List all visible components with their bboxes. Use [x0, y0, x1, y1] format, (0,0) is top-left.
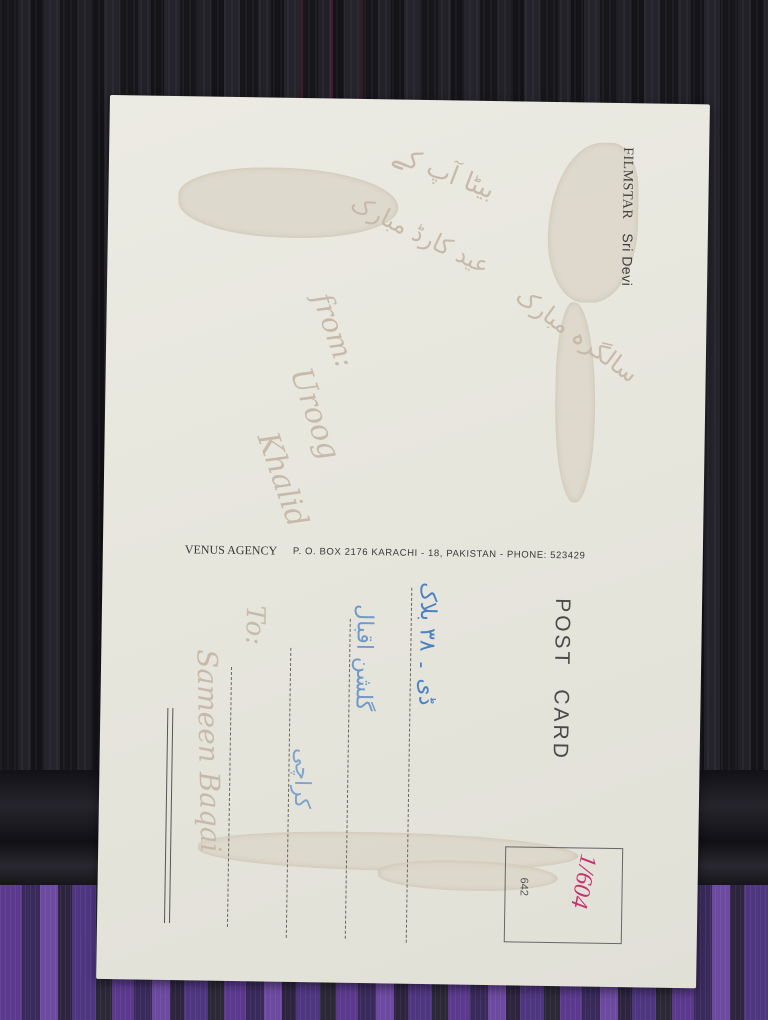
filmstar-caption: FILMSTARSri Devi — [617, 147, 637, 286]
post-card-title: POSTCARD — [548, 598, 575, 761]
title-post: POST — [550, 598, 574, 668]
address-line — [345, 619, 351, 939]
to-label: To: — [239, 605, 270, 645]
publisher-name: VENUS AGENCY — [185, 542, 278, 558]
from-label: from: — [306, 289, 362, 372]
sender-first-name: Uroog — [283, 363, 347, 464]
postcard-back: FILMSTARSri Devi بیٹا آپ کے عید کارڈ مبا… — [96, 95, 710, 988]
address-line — [406, 588, 413, 943]
title-card: CARD — [549, 689, 573, 761]
recipient-address-line: کراچی — [289, 748, 315, 809]
recipient-address-line: ڈی ۔ ۳۸ بلاک — [413, 582, 440, 706]
publisher-address: P. O. BOX 2176 KARACHI - 18, PAKISTAN - … — [293, 546, 586, 562]
urdu-message-line: عید کارڈ مبارک — [346, 189, 494, 280]
urdu-message-line: بیٹا آپ کے — [389, 140, 499, 206]
address-line-double — [169, 708, 173, 923]
caption-name: Sri Devi — [619, 233, 636, 286]
caption-label: FILMSTAR — [619, 147, 635, 219]
recipient-name: Sameen Baqai — [190, 649, 227, 853]
address-line — [227, 667, 232, 927]
recipient-address-line: گلشن اقبال — [350, 604, 377, 711]
stamp-code: 642 — [517, 878, 529, 897]
address-line-double — [164, 708, 168, 923]
sender-last-name: Khalid — [250, 428, 315, 532]
red-ink-mark: 1/604 — [564, 852, 601, 911]
stamp-box: 642 1/604 — [504, 846, 623, 944]
